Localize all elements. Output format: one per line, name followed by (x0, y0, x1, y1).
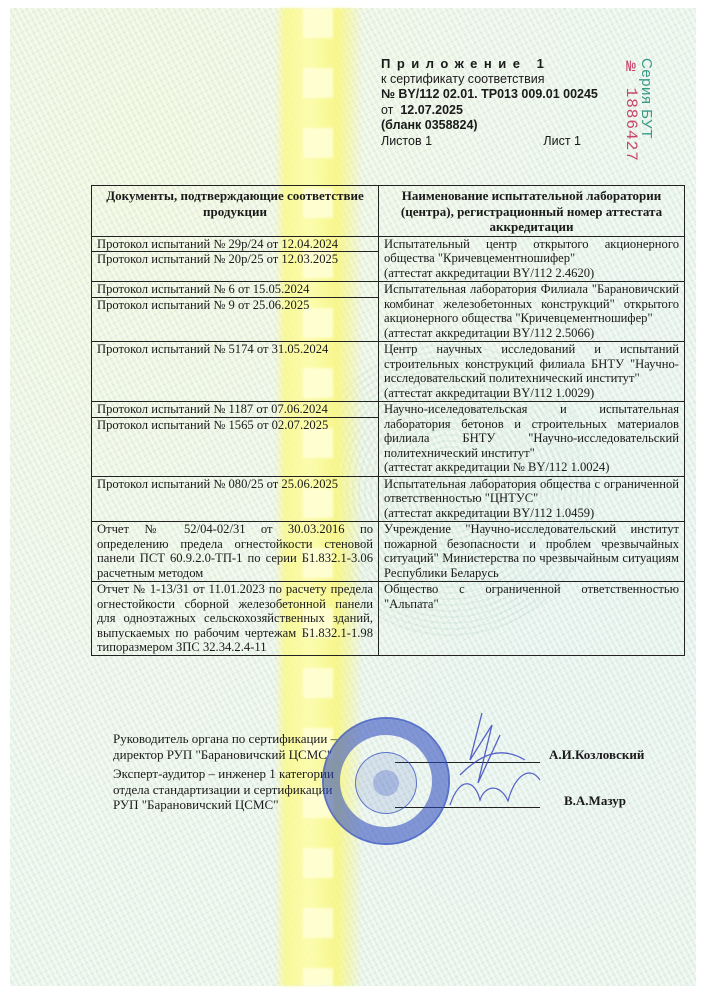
head-title-line: Руководитель органа по сертификации – (113, 731, 337, 747)
head-title-line: директор РУП "Барановичский ЦСМС" (113, 747, 337, 763)
appendix-title: Приложение 1 (381, 56, 598, 72)
certificate-number: № BY/112 02.01. ТР013 009.01 00245 (381, 87, 598, 103)
laboratory-cell: Общество с ограниченной ответственностью… (379, 582, 685, 656)
head-title: Руководитель органа по сертификации – ди… (113, 731, 337, 762)
certificate-date: 12.07.2025 (400, 103, 463, 117)
expert-title-line: отдела стандартизации и сертификации (113, 782, 337, 798)
document-entry: Протокол испытаний № 5174 от 31.05.2024 (92, 342, 378, 357)
document-entry: Протокол испытаний № 20р/25 от 12.03.202… (92, 252, 378, 267)
series-number: № 1886427 (622, 58, 640, 162)
document-entry: Протокол испытаний № 29р/24 от 12.04.202… (92, 237, 378, 253)
table-row: Протокол испытаний № 5174 от 31.05.2024Ц… (92, 342, 685, 402)
document-entry: Протокол испытаний № 1187 от 07.06.2024 (92, 402, 378, 418)
document-entry: Протокол испытаний № 080/25 от 25.06.202… (92, 477, 378, 492)
accreditation-number: (аттестат аккредитации № BY/112 1.0024) (384, 460, 679, 475)
head-name: А.И.Козловский (549, 747, 644, 763)
expert-title: Эксперт-аудитор – инженер 1 категории от… (113, 766, 337, 813)
accreditation-number: (аттестат аккредитации BY/112 2.5066) (384, 326, 679, 341)
appendix-header: Приложение 1 к сертификату соответствия … (381, 56, 598, 150)
table-row: Протокол испытаний № 080/25 от 25.06.202… (92, 476, 685, 522)
expert-title-line: РУП "Барановичский ЦСМС" (113, 797, 337, 813)
sheets-total: Листов 1 (381, 134, 432, 150)
laboratory-name: Научно-иселедовательская и испытательная… (384, 402, 679, 460)
expert-name: В.А.Мазур (564, 793, 626, 809)
signature-scribble-icon (430, 705, 550, 815)
documents-cell: Протокол испытаний № 1187 от 07.06.2024П… (92, 402, 379, 477)
signatures-block: Руководитель органа по сертификации – ди… (113, 731, 337, 817)
table-row: Протокол испытаний № 1187 от 07.06.2024П… (92, 402, 685, 477)
documents-cell: Протокол испытаний № 29р/24 от 12.04.202… (92, 236, 379, 282)
appendix-subtitle: к сертификату соответствия (381, 72, 598, 88)
accreditation-number: (аттестат аккредитации BY/112 1.0459) (384, 506, 679, 521)
laboratory-name: Испытательная лаборатория Филиала "Баран… (384, 282, 679, 326)
blank-number: (бланк 0358824) (381, 118, 598, 134)
header-documents: Документы, подтверждающие соответствие п… (92, 186, 379, 237)
table-row: Отчет № 1-13/31 от 11.01.2023 по расчету… (92, 582, 685, 656)
laboratory-name: Учреждение "Научно-исследовательский инс… (384, 522, 679, 580)
table-row: Протокол испытаний № 29р/24 от 12.04.202… (92, 236, 685, 282)
laboratory-name: Испытательный центр открытого акционерно… (384, 237, 679, 266)
documents-table: Документы, подтверждающие соответствие п… (91, 185, 685, 656)
coat-of-arms-icon (355, 752, 417, 814)
accreditation-number: (аттестат аккредитации BY/112 1.0029) (384, 386, 679, 401)
document-entry: Протокол испытаний № 6 от 15.05.2024 (92, 282, 378, 298)
laboratory-cell: Испытательная лаборатория Филиала "Баран… (379, 282, 685, 342)
accreditation-number: (аттестат аккредитации BY/112 2.4620) (384, 266, 679, 281)
table-row: Протокол испытаний № 6 от 15.05.2024Прот… (92, 282, 685, 342)
laboratory-cell: Центр научных исследований и испытаний с… (379, 342, 685, 402)
document-entry: Протокол испытаний № 1565 от 02.07.2025 (92, 418, 378, 433)
document-entry: Отчет № 1-13/31 от 11.01.2023 по расчету… (92, 582, 378, 655)
expert-title-line: Эксперт-аудитор – инженер 1 категории (113, 766, 337, 782)
table-row: Отчет № 52/04-02/31 от 30.03.2016 по опр… (92, 522, 685, 582)
documents-cell: Протокол испытаний № 6 от 15.05.2024Прот… (92, 282, 379, 342)
table-header-row: Документы, подтверждающие соответствие п… (92, 186, 685, 237)
document-entry: Протокол испытаний № 9 от 25.06.2025 (92, 298, 378, 313)
laboratory-name: Центр научных исследований и испытаний с… (384, 342, 679, 386)
laboratory-cell: Научно-иселедовательская и испытательная… (379, 402, 685, 477)
header-laboratory: Наименование испытательной лаборатории (… (379, 186, 685, 237)
series-label: Серия БУТ (638, 58, 655, 139)
certificate-date-line: от 12.07.2025 (381, 103, 598, 119)
date-prefix: от (381, 103, 393, 117)
documents-cell: Отчет № 52/04-02/31 от 30.03.2016 по опр… (92, 522, 379, 582)
documents-cell: Протокол испытаний № 080/25 от 25.06.202… (92, 476, 379, 522)
document-entry: Отчет № 52/04-02/31 от 30.03.2016 по опр… (92, 522, 378, 580)
laboratory-name: Испытательная лаборатория общества с огр… (384, 477, 679, 506)
laboratory-cell: Учреждение "Научно-исследовательский инс… (379, 522, 685, 582)
documents-cell: Протокол испытаний № 5174 от 31.05.2024 (92, 342, 379, 402)
documents-cell: Отчет № 1-13/31 от 11.01.2023 по расчету… (92, 582, 379, 656)
sheet-count: Листов 1 Лист 1 (381, 134, 581, 150)
sheet-current: Лист 1 (543, 134, 581, 150)
laboratory-name: Общество с ограниченной ответственностью… (384, 582, 679, 611)
laboratory-cell: Испытательный центр открытого акционерно… (379, 236, 685, 282)
laboratory-cell: Испытательная лаборатория общества с огр… (379, 476, 685, 522)
